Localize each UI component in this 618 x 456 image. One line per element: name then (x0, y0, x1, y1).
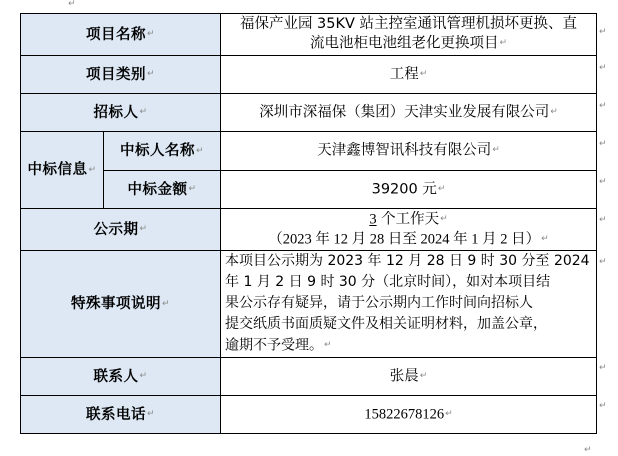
special-notes-line-3: 果公示存有疑异，请于公示期内工作时间向招标人 (225, 293, 592, 314)
row-end-mark-icon: ↵ (599, 140, 607, 149)
paragraph-mark-icon: ↵ (139, 107, 147, 117)
special-notes-label-text: 特殊事项说明 (71, 295, 161, 312)
row-special-notes: 特殊事项说明↵ 本项目公示期为 2023 年 12 月 28 日 9 时 30 … (21, 251, 597, 358)
paragraph-mark-icon: ↵ (139, 224, 147, 234)
paragraph-mark-icon: ↵ (147, 29, 155, 39)
winner-name-label-text: 中标人名称 (120, 142, 195, 159)
project-type-value-text: 工程 (390, 66, 419, 82)
row-end-mark-icon: ↵ (599, 402, 607, 411)
project-name-label-text: 项目名称 (86, 26, 146, 43)
winning-amount-label-text: 中标金额 (127, 181, 187, 198)
contact-phone-label-text: 联系电话 (86, 406, 146, 423)
paragraph-mark-icon: ↵ (584, 446, 592, 455)
row-end-mark-icon: ↵ (599, 258, 607, 267)
paragraph-mark-icon: ↵ (541, 234, 549, 244)
row-end-mark-icon: ↵ (599, 216, 607, 225)
paragraph-mark-icon: ↵ (196, 146, 204, 156)
row-contact-person: 联系人↵ 张晨↵ (21, 358, 597, 396)
row-project-name: 项目名称↵ 福保产业园 35KV 站主控室通讯管理机损坏更换、直 流电池柜电池组… (21, 14, 597, 56)
contact-person-label: 联系人↵ (21, 358, 221, 396)
contact-person-value-text: 张晨 (390, 368, 419, 384)
paragraph-mark-icon: ↵ (499, 38, 507, 48)
winning-amount-label: 中标金额↵ (104, 171, 221, 209)
paragraph-mark-icon: ↵ (147, 69, 155, 79)
winning-amount-value-text: 39200 元 (372, 181, 437, 197)
paragraph-mark-icon: ↵ (147, 409, 155, 419)
special-notes-line-4: 提交纸质书面质疑文件及相关证明材料，加盖公章， (225, 314, 592, 335)
special-notes-value: 本项目公示期为 2023 年 12 月 28 日 9 时 30 分至 2024 … (221, 251, 597, 358)
paragraph-mark-icon: ↵ (438, 184, 446, 194)
row-tenderer: 招标人↵ 深圳市深福保（集团）天津实业发展有限公司↵ (21, 94, 597, 132)
winning-amount-value: 39200 元↵ (221, 171, 597, 209)
publicity-period-value: 3 个工作天↵ （2023 年 12 月 28 日至 2024 年 1 月 2 … (221, 209, 597, 251)
row-end-mark-icon: ↵ (599, 102, 607, 111)
row-end-mark-icon: ↵ (599, 178, 607, 187)
publicity-days-number: 3 (369, 212, 376, 228)
project-name-label: 项目名称↵ (21, 14, 221, 56)
project-name-line-1: 福保产业园 35KV 站主控室通讯管理机损坏更换、直 (225, 15, 592, 34)
project-name-line-2: 流电池柜电池组老化更换项目 (310, 36, 499, 52)
winner-name-value-text: 天津鑫博智讯科技有限公司 (317, 143, 491, 159)
row-contact-phone: 联系电话↵ 15822678126↵ (21, 396, 597, 434)
project-type-label: 项目类别↵ (21, 56, 221, 94)
contact-phone-label: 联系电话↵ (21, 396, 221, 434)
project-type-label-text: 项目类别 (86, 66, 146, 83)
bid-result-table: 项目名称↵ 福保产业园 35KV 站主控室通讯管理机损坏更换、直 流电池柜电池组… (20, 13, 597, 434)
contact-person-label-text: 联系人 (93, 368, 138, 385)
paragraph-mark-icon: ↵ (445, 409, 453, 419)
paragraph-mark-icon: ↵ (492, 145, 500, 155)
winning-info-label: 中标信息↵ (21, 132, 104, 209)
winning-info-label-text: 中标信息 (27, 161, 87, 178)
row-end-mark-icon: ↵ (599, 64, 607, 73)
paragraph-mark-icon: ↵ (550, 107, 558, 117)
tenderer-label: 招标人↵ (21, 94, 221, 132)
tenderer-value-text: 深圳市深福保（集团）天津实业发展有限公司 (259, 104, 549, 120)
paragraph-mark-icon: ↵ (162, 299, 170, 309)
contact-phone-value: 15822678126↵ (221, 396, 597, 434)
special-notes-line-2: 年 1 月 2 日 9 时 30 分（北京时间），如对本项目结 (225, 272, 592, 293)
publicity-period-label: 公示期↵ (21, 209, 221, 251)
publicity-date-range: （2023 年 12 月 28 日至 2024 年 1 月 2 日） (268, 231, 540, 247)
publicity-period-label-text: 公示期 (93, 221, 138, 238)
paragraph-mark-icon: ↵ (88, 165, 96, 175)
row-end-mark-icon: ↵ (599, 28, 607, 37)
row-winner-name: 中标信息↵ 中标人名称↵ 天津鑫博智讯科技有限公司↵ (21, 132, 597, 171)
row-end-mark-icon: ↵ (599, 364, 607, 373)
paragraph-mark-icon: ↵ (68, 0, 76, 9)
row-publicity-period: 公示期↵ 3 个工作天↵ （2023 年 12 月 28 日至 2024 年 1… (21, 209, 597, 251)
paragraph-mark-icon: ↵ (420, 69, 428, 79)
row-project-type: 项目类别↵ 工程↵ (21, 56, 597, 94)
winner-name-label: 中标人名称↵ (104, 132, 221, 171)
tenderer-value: 深圳市深福保（集团）天津实业发展有限公司↵ (221, 94, 597, 132)
paragraph-mark-icon: ↵ (188, 184, 196, 194)
paragraph-mark-icon: ↵ (324, 340, 332, 350)
special-notes-line-5: 逾期不予受理。 (225, 338, 323, 354)
project-name-value: 福保产业园 35KV 站主控室通讯管理机损坏更换、直 流电池柜电池组老化更换项目… (221, 14, 597, 56)
document-page: ↵ 项目名称↵ 福保产业园 35KV 站主控室通讯管理机损坏更换、直 流电池柜电… (0, 0, 618, 456)
special-notes-line-1: 本项目公示期为 2023 年 12 月 28 日 9 时 30 分至 2024 (225, 251, 592, 272)
contact-phone-value-text: 15822678126 (364, 406, 444, 422)
paragraph-mark-icon: ↵ (440, 214, 448, 224)
contact-person-value: 张晨↵ (221, 358, 597, 396)
publicity-days-text: 个工作天 (377, 212, 440, 228)
row-winning-amount: 中标金额↵ 39200 元↵ (21, 171, 597, 209)
paragraph-mark-icon: ↵ (420, 371, 428, 381)
special-notes-label: 特殊事项说明↵ (21, 251, 221, 358)
winner-name-value: 天津鑫博智讯科技有限公司↵ (221, 132, 597, 171)
paragraph-mark-icon: ↵ (139, 371, 147, 381)
project-type-value: 工程↵ (221, 56, 597, 94)
tenderer-label-text: 招标人 (93, 104, 138, 121)
